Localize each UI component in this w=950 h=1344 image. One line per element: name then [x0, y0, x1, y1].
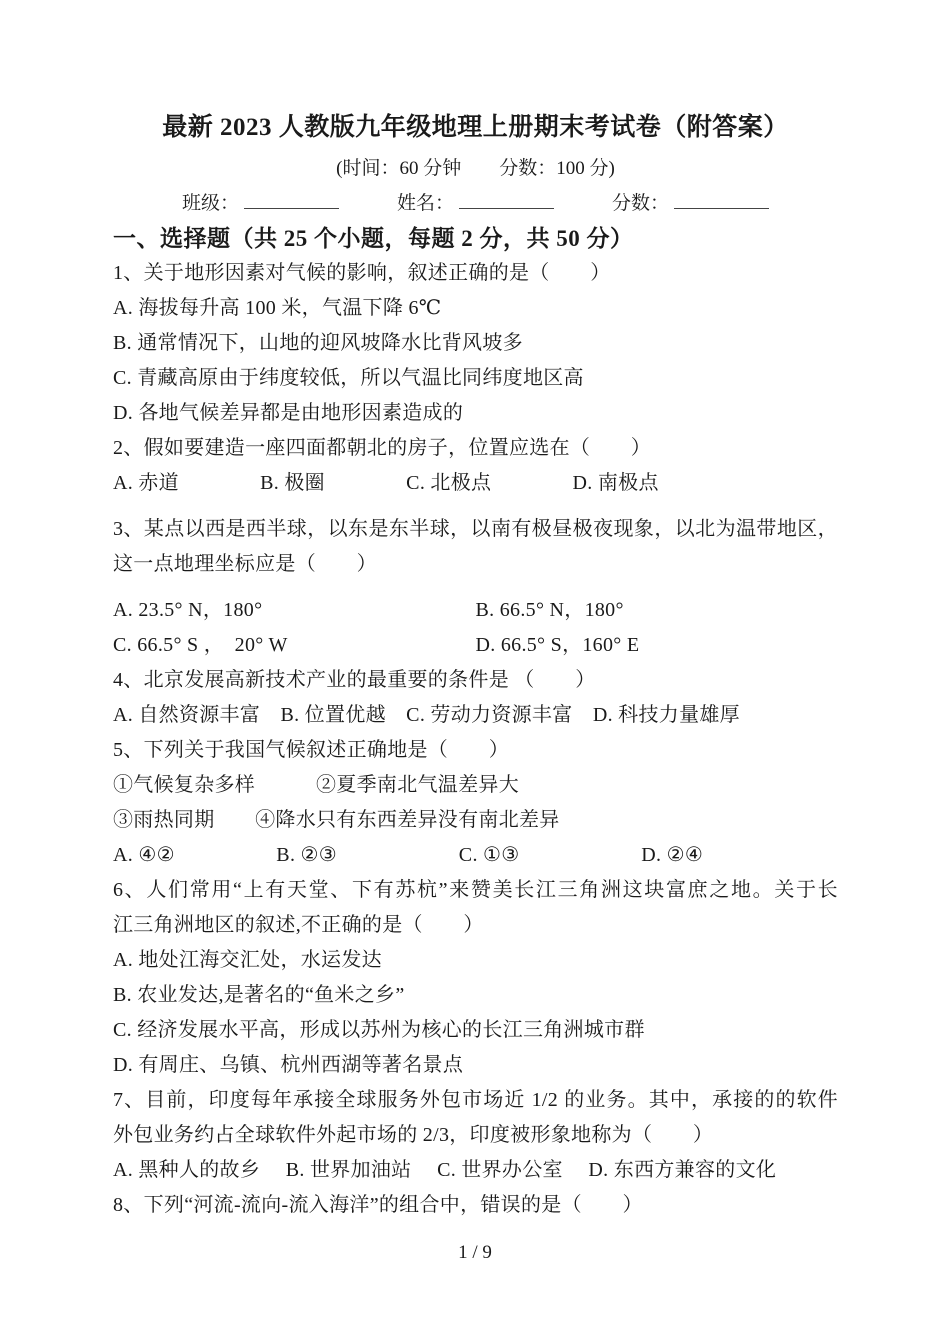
option-text: A. 23.5° N，180°B. 66.5° N，180° — [113, 593, 838, 628]
class-label: 班级： — [182, 193, 239, 214]
option-text: ①气候复杂多样 ②夏季南北气温差异大 — [113, 768, 838, 803]
question-list: 1、关于地形因素对气候的影响，叙述正确的是（ ）A. 海拔每升高 100 米，气… — [113, 256, 838, 1223]
question-text: 4、北京发展高新技术产业的最重要的条件是 （ ） — [113, 663, 838, 698]
name-field: 姓名： — [397, 190, 554, 218]
option-text: ③雨热同期 ④降水只有东西差异没有南北差异 — [113, 803, 838, 838]
score-label: 分数： — [612, 193, 669, 214]
question-text: 3、某点以西是西半球，以东是东半球，以南有极昼极夜现象，以北为温带地区， — [113, 512, 838, 547]
option-text: B. 通常情况下，山地的迎风坡降水比背风坡多 — [113, 326, 838, 361]
option-text: C. 青藏高原由于纬度较低，所以气温比同纬度地区高 — [113, 361, 838, 396]
option-text: A. 海拔每升高 100 米，气温下降 6℃ — [113, 291, 838, 326]
name-blank-line — [459, 194, 554, 209]
option-text: B. 66.5° N，180° — [476, 593, 839, 628]
question-text: 8、下列“河流-流向-流入海洋”的组合中，错误的是（ ） — [113, 1188, 838, 1223]
option-text: A. ④② B. ②③ C. ①③ D. ②④ — [113, 838, 838, 873]
option-text: A. 赤道 B. 极圈 C. 北极点 D. 南极点 — [113, 466, 838, 501]
name-label: 姓名： — [397, 193, 454, 214]
option-text: D. 各地气候差异都是由地形因素造成的 — [113, 396, 838, 431]
question-text: 外包业务约占全球软件外起市场的 2/3，印度被形象地称为（ ） — [113, 1118, 838, 1153]
option-text: C. 66.5° S ， 20° WD. 66.5° S，160° E — [113, 628, 838, 663]
option-text: A. 地处江海交汇处，水运发达 — [113, 943, 838, 978]
question-text: 2、假如要建造一座四面都朝北的房子，位置应选在（ ） — [113, 431, 838, 466]
class-field: 班级： — [182, 190, 339, 218]
question-text: 1、关于地形因素对气候的影响，叙述正确的是（ ） — [113, 256, 838, 291]
option-text: A. 23.5° N，180° — [113, 593, 476, 628]
option-text: A. 自然资源丰富 B. 位置优越 C. 劳动力资源丰富 D. 科技力量雄厚 — [113, 698, 838, 733]
option-text: A. 黑种人的故乡 B. 世界加油站 C. 世界办公室 D. 东西方兼容的文化 — [113, 1153, 838, 1188]
option-text: D. 有周庄、乌镇、杭州西湖等著名景点 — [113, 1048, 838, 1083]
option-text: D. 66.5° S，160° E — [476, 628, 839, 663]
question-text: 5、下列关于我国气候叙述正确地是（ ） — [113, 733, 838, 768]
class-blank-line — [244, 194, 339, 209]
question-text: 7、目前，印度每年承接全球服务外包市场近 1/2 的业务。其中，承接的的软件 — [113, 1083, 838, 1118]
page-title: 最新 2023 人教版九年级地理上册期末考试卷（附答案） — [113, 112, 838, 144]
question-text: 江三角洲地区的叙述,不正确的是（ ） — [113, 908, 838, 943]
exam-page: 最新 2023 人教版九年级地理上册期末考试卷（附答案） (时间：60 分钟 分… — [0, 0, 950, 1344]
score-blank-line — [674, 194, 769, 209]
question-text: 这一点地理坐标应是（ ） — [113, 547, 838, 582]
exam-info-line: (时间：60 分钟 分数：100 分) — [113, 156, 838, 182]
question-text: 6、人们常用“上有天堂、下有苏杭”来赞美长江三角洲这块富庶之地。关于长 — [113, 873, 838, 908]
score-field: 分数： — [612, 190, 769, 218]
option-text: C. 66.5° S ， 20° W — [113, 628, 476, 663]
section-heading: 一、选择题（共 25 个小题，每题 2 分，共 50 分） — [113, 224, 838, 254]
student-fields-row: 班级： 姓名： 分数： — [113, 190, 838, 218]
option-text: B. 农业发达,是著名的“鱼米之乡” — [113, 978, 838, 1013]
option-text: C. 经济发展水平高，形成以苏州为核心的长江三角洲城市群 — [113, 1013, 838, 1048]
page-number: 1 / 9 — [0, 1242, 950, 1264]
